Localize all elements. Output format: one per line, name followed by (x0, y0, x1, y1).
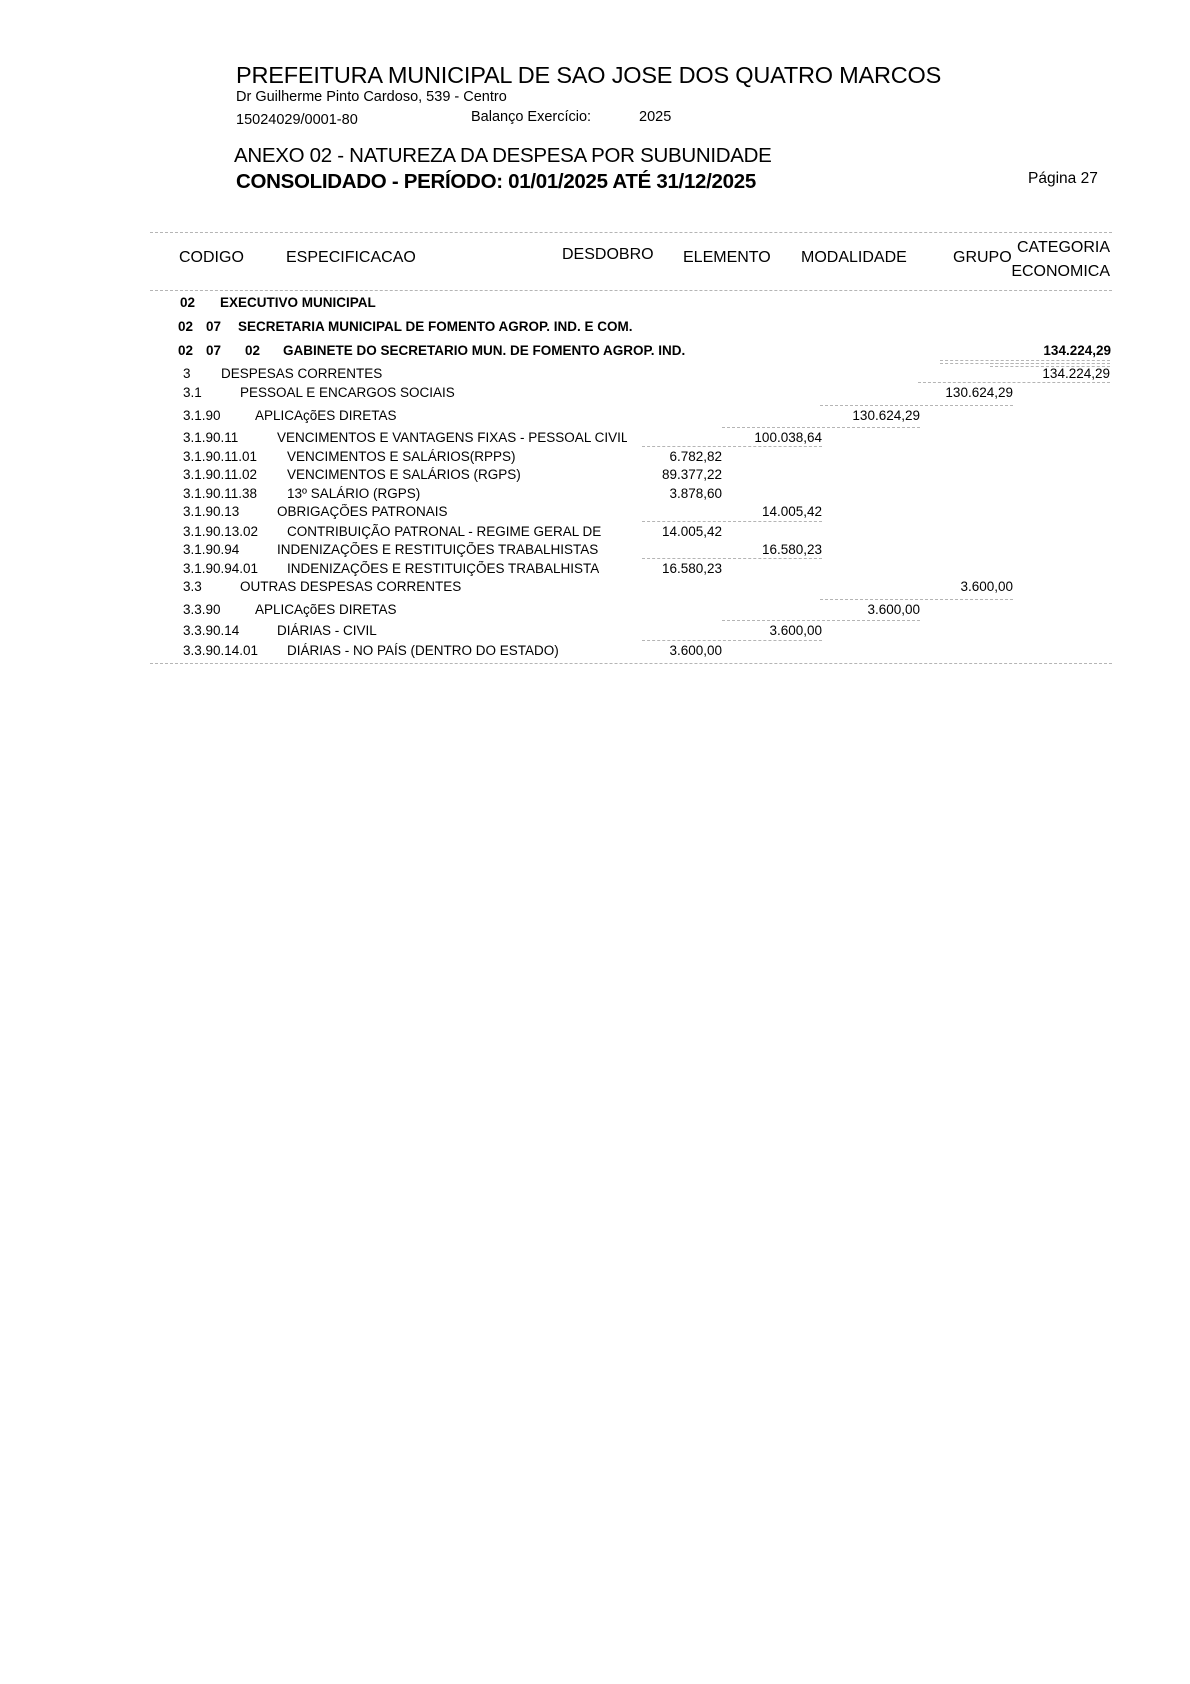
subtotal-divider (820, 599, 1013, 600)
col-economica: ECONOMICA (1011, 263, 1110, 281)
row-value-desdobro: 14.005,42 (662, 524, 722, 539)
row-description: DESPESAS CORRENTES (221, 366, 382, 381)
report-title: ANEXO 02 - NATUREZA DA DESPESA POR SUBUN… (234, 144, 772, 168)
unit-code: 02 (178, 319, 193, 334)
row-description: OBRIGAÇÕES PATRONAIS (277, 504, 448, 519)
divider (150, 290, 1112, 291)
row-code: 3.3.90 (183, 602, 221, 617)
unit-name: SECRETARIA MUNICIPAL DE FOMENTO AGROP. I… (238, 319, 633, 334)
subtotal-divider (642, 446, 822, 447)
row-value-elemento: 100.038,64 (754, 430, 822, 445)
unit-code: 07 (206, 343, 221, 358)
row-value-elemento: 3.600,00 (769, 623, 822, 638)
row-code: 3.3.90.14 (183, 623, 239, 638)
row-code: 3.1.90 (183, 408, 221, 423)
subtotal-divider (722, 620, 920, 621)
row-description: DIÁRIAS - CIVIL (277, 623, 377, 638)
row-code: 3.3 (183, 579, 202, 594)
row-code: 3.3.90.14.01 (183, 643, 258, 658)
row-value-desdobro: 16.580,23 (662, 561, 722, 576)
col-codigo: CODIGO (179, 249, 244, 267)
row-description: DIÁRIAS - NO PAÍS (DENTRO DO ESTADO) (287, 643, 559, 658)
unit-total: 134.224,29 (1043, 343, 1111, 358)
row-description: VENCIMENTOS E SALÁRIOS (RGPS) (287, 467, 521, 482)
page-number: Página 27 (1028, 170, 1098, 188)
balanco-year: 2025 (639, 109, 671, 125)
row-code: 3.1.90.94.01 (183, 561, 258, 576)
row-code: 3.1.90.11.38 (183, 486, 257, 501)
row-value-desdobro: 89.377,22 (662, 467, 722, 482)
report-period: CONSOLIDADO - PERÍODO: 01/01/2025 ATÉ 31… (236, 170, 756, 194)
row-description: INDENIZAÇÕES E RESTITUIÇÕES TRABALHISTAS (277, 542, 598, 557)
row-value-grupo: 130.624,29 (945, 385, 1013, 400)
row-description: 13º SALÁRIO (RGPS) (287, 486, 420, 501)
subtotal-divider (820, 405, 1013, 406)
row-code: 3.1.90.94 (183, 542, 239, 557)
subtotal-divider (722, 427, 920, 428)
col-elemento: ELEMENTO (683, 249, 771, 267)
col-categoria: CATEGORIA (1017, 239, 1110, 257)
col-desdobro: DESDOBRO (562, 246, 654, 264)
row-description: VENCIMENTOS E VANTAGENS FIXAS - PESSOAL … (277, 430, 627, 445)
row-description: CONTRIBUIÇÃO PATRONAL - REGIME GERAL DE (287, 524, 601, 539)
subtotal-divider (642, 521, 822, 522)
row-code: 3.1 (183, 385, 202, 400)
unit-code: 02 (245, 343, 260, 358)
divider (150, 232, 1112, 233)
address: Dr Guilherme Pinto Cardoso, 539 - Centro (236, 89, 507, 105)
subtotal-divider (918, 382, 1110, 383)
col-modalidade: MODALIDADE (801, 249, 907, 267)
subtotal-divider (642, 640, 822, 641)
row-code: 3 (183, 366, 191, 381)
unit-name: EXECUTIVO MUNICIPAL (220, 295, 376, 310)
row-value-elemento: 16.580,23 (762, 542, 822, 557)
row-value-desdobro: 6.782,82 (669, 449, 722, 464)
row-code: 3.1.90.11 (183, 430, 238, 445)
row-description: INDENIZAÇÕES E RESTITUIÇÕES TRABALHISTA (287, 561, 599, 576)
row-value-desdobro: 3.878,60 (669, 486, 722, 501)
row-value-grupo: 3.600,00 (960, 579, 1013, 594)
balanco-label: Balanço Exercício: (471, 109, 591, 125)
subtotal-divider (642, 558, 822, 559)
row-description: VENCIMENTOS E SALÁRIOS(RPPS) (287, 449, 516, 464)
row-description: PESSOAL E ENCARGOS SOCIAIS (240, 385, 455, 400)
row-value-desdobro: 3.600,00 (669, 643, 722, 658)
col-especificacao: ESPECIFICACAO (286, 249, 416, 267)
row-code: 3.1.90.13 (183, 504, 239, 519)
row-description: APLICAçõES DIRETAS (255, 408, 397, 423)
row-value-modalidade: 3.600,00 (867, 602, 920, 617)
unit-code: 07 (206, 319, 221, 334)
total-divider (940, 360, 1110, 361)
unit-code: 02 (180, 295, 195, 310)
divider (150, 663, 1112, 664)
municipality-title: PREFEITURA MUNICIPAL DE SAO JOSE DOS QUA… (236, 62, 941, 89)
cnpj: 15024029/0001-80 (236, 112, 358, 128)
unit-code: 02 (178, 343, 193, 358)
row-description: APLICAçõES DIRETAS (255, 602, 397, 617)
col-grupo: GRUPO (953, 249, 1012, 267)
row-value-modalidade: 130.624,29 (852, 408, 920, 423)
unit-name: GABINETE DO SECRETARIO MUN. DE FOMENTO A… (283, 343, 685, 358)
row-description: OUTRAS DESPESAS CORRENTES (240, 579, 461, 594)
row-code: 3.1.90.13.02 (183, 524, 258, 539)
row-code: 3.1.90.11.01 (183, 449, 257, 464)
row-value-elemento: 14.005,42 (762, 504, 822, 519)
row-value-categoria: 134.224,29 (1042, 366, 1110, 381)
row-code: 3.1.90.11.02 (183, 467, 257, 482)
